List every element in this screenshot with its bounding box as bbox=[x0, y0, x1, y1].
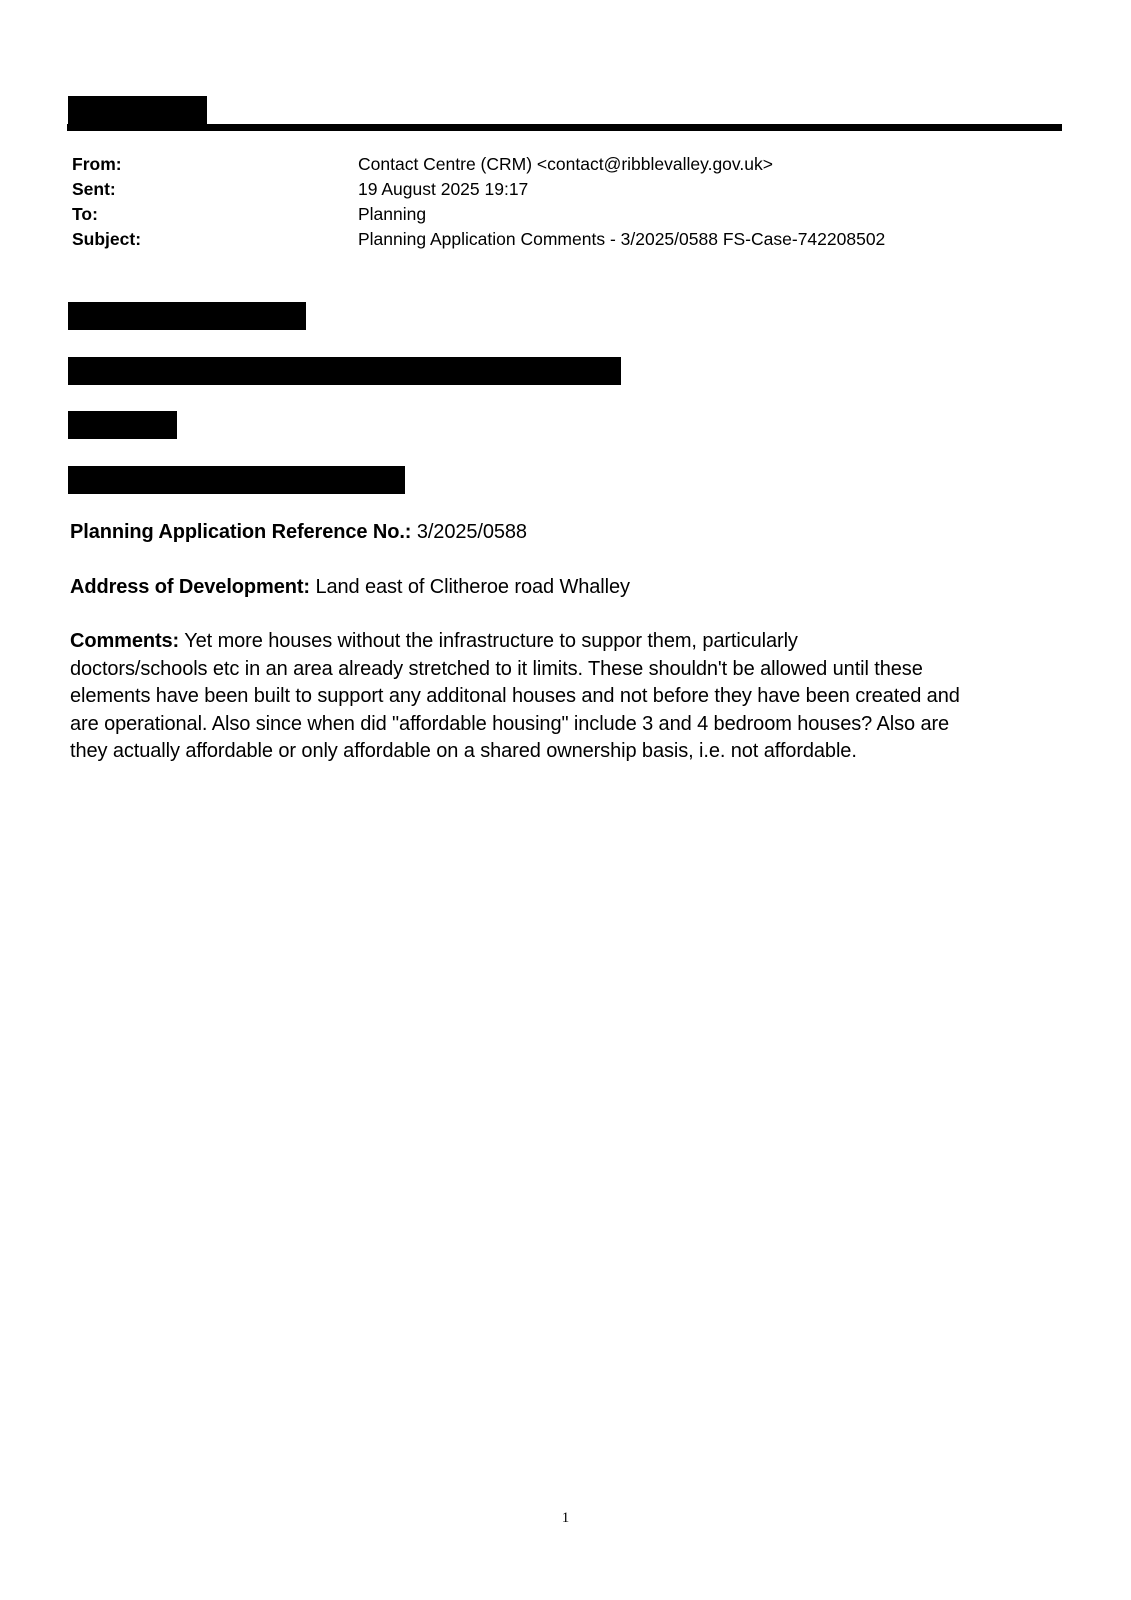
development-address: Address of Development: Land east of Cli… bbox=[70, 574, 1070, 602]
email-header-from: From: Contact Centre (CRM) <contact@ribb… bbox=[72, 152, 1062, 177]
redacted-line bbox=[68, 466, 405, 494]
comment-line: are operational. Also since when did "af… bbox=[70, 711, 1070, 739]
from-label: From: bbox=[72, 152, 122, 177]
comment-text: Yet more houses without the infrastructu… bbox=[184, 630, 798, 652]
sent-label: Sent: bbox=[72, 177, 116, 202]
comments: Comments: Yet more houses without the in… bbox=[70, 628, 1070, 766]
email-header-sent: Sent: 19 August 2025 19:17 bbox=[72, 177, 1062, 202]
sent-value: 19 August 2025 19:17 bbox=[358, 177, 528, 202]
comment-line: Comments: Yet more houses without the in… bbox=[70, 628, 1070, 656]
page-number: 1 bbox=[0, 1510, 1131, 1527]
header-divider bbox=[67, 124, 1062, 131]
comment-line: doctors/schools etc in an area already s… bbox=[70, 656, 1070, 684]
subject-value: Planning Application Comments - 3/2025/0… bbox=[358, 227, 885, 252]
comment-line: elements have been built to support any … bbox=[70, 683, 1070, 711]
redacted-line bbox=[68, 357, 621, 385]
email-header-subject: Subject: Planning Application Comments -… bbox=[72, 227, 1062, 252]
redacted-line bbox=[68, 411, 177, 439]
reference-label: Planning Application Reference No.: bbox=[70, 521, 411, 543]
from-value: Contact Centre (CRM) <contact@ribblevall… bbox=[358, 152, 773, 177]
comment-line: they actually affordable or only afforda… bbox=[70, 738, 1070, 766]
to-label: To: bbox=[72, 202, 98, 227]
address-label: Address of Development: bbox=[70, 576, 310, 598]
comments-label: Comments: bbox=[70, 630, 179, 652]
reference-value: 3/2025/0588 bbox=[417, 521, 527, 543]
subject-label: Subject: bbox=[72, 227, 141, 252]
planning-reference: Planning Application Reference No.: 3/20… bbox=[70, 519, 1070, 547]
email-header-to: To: Planning bbox=[72, 202, 1062, 227]
address-value: Land east of Clitheroe road Whalley bbox=[315, 576, 629, 598]
to-value: Planning bbox=[358, 202, 426, 227]
redacted-line bbox=[68, 302, 306, 330]
